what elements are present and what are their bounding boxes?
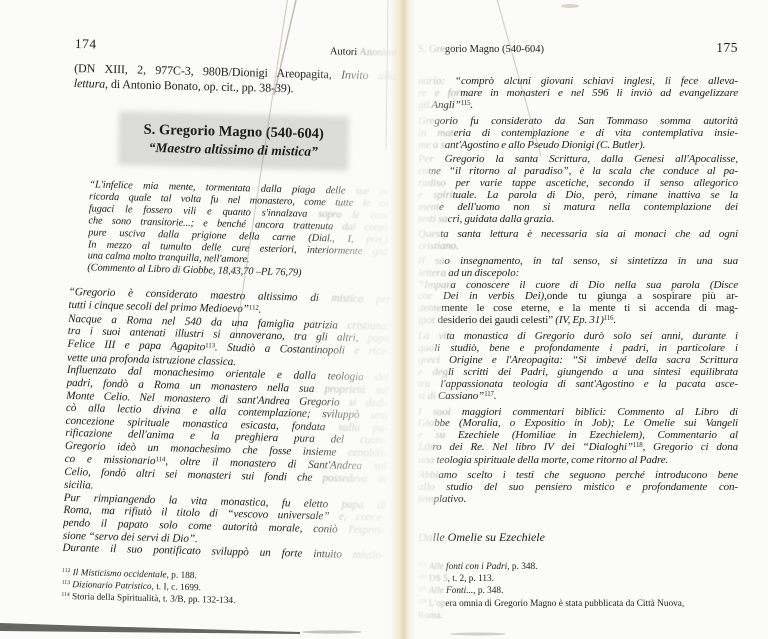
left-intro-paragraph: (DN XIII, 2, 977C-3, 980B/Dionigi Areopa… <box>74 61 397 99</box>
text-line: gli Angli”115. <box>418 100 738 113</box>
left-footnotes: 112 Il Misticismo occidentale, p. 188.11… <box>61 568 384 611</box>
left-running-head: Autori Anonimi <box>257 44 397 58</box>
left-page-number: 174 <box>75 36 97 53</box>
scan-smudge-1 <box>302 630 362 633</box>
text-line: Libro dei Re. Nel libro IV dei “Dialoghi… <box>418 442 738 455</box>
text-line: dentemente le cose eterne, e la mente ti… <box>418 303 738 315</box>
text-line: si di Cassiano”117. <box>418 391 738 404</box>
scanned-book-spread: 174 Autori Anonimi (DN XIII, 2, 977C-3, … <box>0 0 768 639</box>
text-line: Autori Anonimi <box>257 44 397 58</box>
scan-smudge-top <box>561 4 579 8</box>
text-line: Roma. <box>418 611 738 622</box>
text-line: lettera ad un discepolo: <box>418 268 738 280</box>
right-body-text: nario: “comprò alcuni giovani schiavi in… <box>418 76 738 506</box>
right-running-head: S. Gregorio Magno (540-604) <box>418 44 618 55</box>
text-line: una teologia spirituale della morte, com… <box>418 455 738 467</box>
chapter-heading-box: S. Gregorio Magno (540-604)“Maestro alti… <box>123 116 344 165</box>
text-line: “Impara conoscere il cuore di Dio nella … <box>418 280 738 292</box>
text-line: tra l'appassionata teologia di sant'Agos… <box>418 379 738 391</box>
text-line: Per Gregorio la santa Scrittura, dalla G… <box>418 154 738 166</box>
text-line: e su Ezechiele (Homiliae in Ezechielem),… <box>418 430 738 442</box>
text-line: testi sacri, guidata dalla grazia. <box>418 214 738 226</box>
right-footnotes: 115 Alle fonti con i Padri, p. 348.116 D… <box>418 562 738 622</box>
text-line: La vita monastica di Gregorio durò solo … <box>418 331 738 343</box>
text-line: Abbiamo scelto i testi che seguono perch… <box>418 470 738 482</box>
section-heading-omelie: Dalle Omelie su Ezechiele <box>418 530 738 545</box>
text-line: greci Origine e l'Areopagita: “Si imbevé… <box>418 355 738 367</box>
text-line: me a sant'Agostino e allo Pseudo Dionigi… <box>418 140 738 152</box>
scan-edge-bottom <box>0 623 300 634</box>
left-quote-block: “L'infelice mia mente, tormentata dalla … <box>87 179 389 282</box>
text-line: 116 DS 5, t. 2, p. 113. <box>418 574 738 586</box>
text-line: radiso per varie tappe ascetiche, second… <box>418 178 738 190</box>
text-line: gior desiderio dei gaudi celesti” (IV, E… <box>418 315 738 328</box>
text-line: templativo. <box>418 494 738 506</box>
chapter-heading-wrap: S. Gregorio Magno (540-604)“Maestro alti… <box>72 115 395 167</box>
text-line: 115 Alle fonti con i Padri, p. 348. <box>418 562 738 574</box>
text-line: cor Dei in verbis Dei),onde tu giunga a … <box>418 291 738 303</box>
text-line: 117 Alle Fonti..., p. 348. <box>418 586 738 598</box>
text-line: e spirituale. La parola di Dio, però, ri… <box>418 190 738 202</box>
left-body-text: “Gregorio è considerato maestro altissim… <box>62 286 390 563</box>
text-line: mente dell'uomo non si matura nella cont… <box>418 202 738 214</box>
text-line: in materia di contemplazione e di vita c… <box>418 128 738 140</box>
scan-smudge-2 <box>450 633 506 636</box>
text-line: nario: “comprò alcuni giovani schiavi in… <box>418 76 738 88</box>
text-line: cristiano. <box>418 241 738 253</box>
right-page-header: S. Gregorio Magno (540-604) 175 <box>418 40 738 56</box>
page-left-174: 174 Autori Anonimi (DN XIII, 2, 977C-3, … <box>61 36 397 611</box>
text-line: S. Gregorio Magno (540-604) <box>418 44 618 55</box>
text-line: Giobbe (Moralia, o Expositio in Job); Le… <box>418 418 738 430</box>
right-page-number: 175 <box>716 40 738 56</box>
text-line: re e formare in monasteri e nel 596 li i… <box>418 88 738 100</box>
page-right-175: S. Gregorio Magno (540-604) 175 nario: “… <box>418 40 738 622</box>
text-line: Questa santa lettura è necessaria sia ai… <box>418 229 738 241</box>
text-line: 118 L'opera omnia di Gregorio Magno è st… <box>418 599 738 611</box>
text-line: Il suo insegnamento, in tal senso, si si… <box>418 256 738 268</box>
text-line: quali studiò, bene e profondamente i pad… <box>418 343 738 355</box>
text-line: e degli scritti dei Padri, giungendo a u… <box>418 367 738 379</box>
text-line: Dalle Omelie su Ezechiele <box>418 530 738 545</box>
left-page-header: 174 Autori Anonimi <box>75 36 397 60</box>
text-line: come “il ritorno al paradiso”, è la scal… <box>418 166 738 178</box>
text-line: allo studio del suo pensiero mistico e p… <box>418 482 738 494</box>
text-line: Gregorio fu considerato da San Tommaso s… <box>418 116 738 128</box>
text-line: I suoi maggiori commentari biblici: Comm… <box>418 407 738 419</box>
